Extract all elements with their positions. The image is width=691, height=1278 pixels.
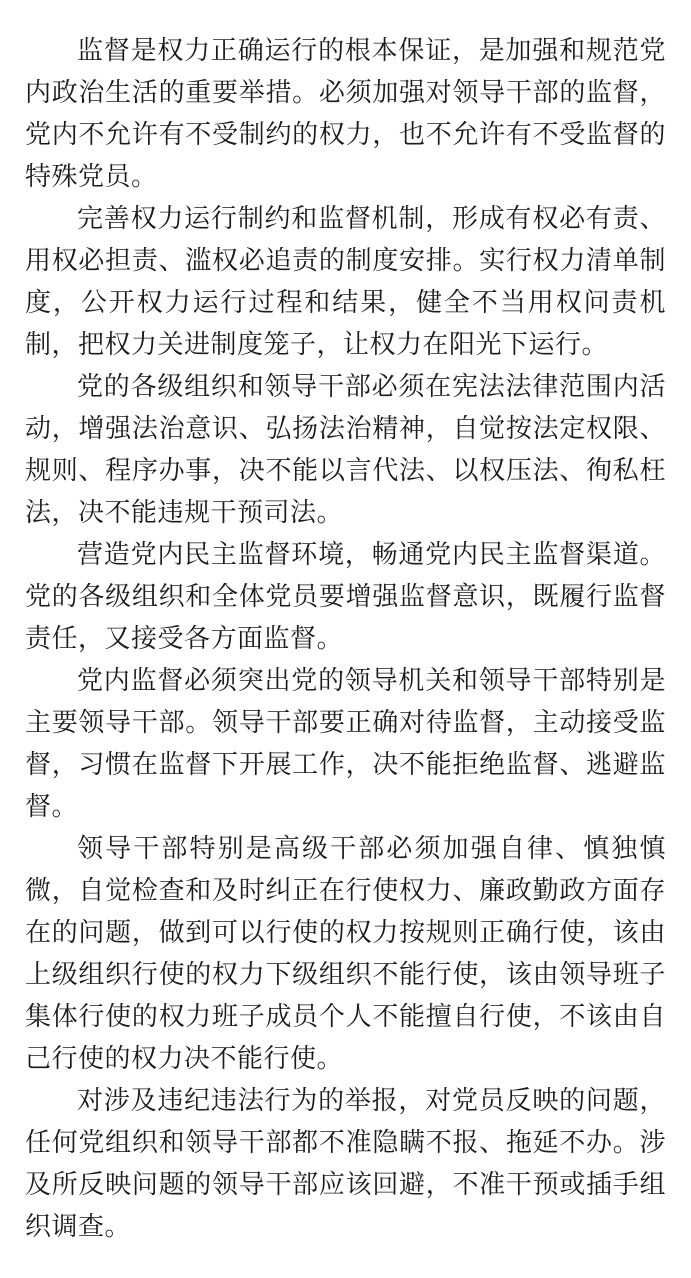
paragraph: 领导干部特别是高级干部必须加强自律、慎独慎微，自觉检查和及时纠正在行使权力、廉政… (25, 828, 666, 1080)
paragraph: 监督是权力正确运行的根本保证，是加强和规范党内政治生活的重要举措。必须加强对领导… (25, 30, 666, 198)
paragraph: 党的各级组织和领导干部必须在宪法法律范围内活动，增强法治意识、弘扬法治精神，自觉… (25, 366, 666, 534)
document-body: 监督是权力正确运行的根本保证，是加强和规范党内政治生活的重要举措。必须加强对领导… (25, 30, 666, 1248)
paragraph: 完善权力运行制约和监督机制，形成有权必有责、用权必担责、滥权必追责的制度安排。实… (25, 198, 666, 366)
document-page: 监督是权力正确运行的根本保证，是加强和规范党内政治生活的重要举措。必须加强对领导… (0, 0, 691, 1278)
paragraph: 营造党内民主监督环境，畅通党内民主监督渠道。党的各级组织和全体党员要增强监督意识… (25, 534, 666, 660)
paragraph: 对涉及违纪违法行为的举报，对党员反映的问题，任何党组织和领导干部都不准隐瞒不报、… (25, 1080, 666, 1248)
paragraph: 党内监督必须突出党的领导机关和领导干部特别是主要领导干部。领导干部要正确对待监督… (25, 660, 666, 828)
